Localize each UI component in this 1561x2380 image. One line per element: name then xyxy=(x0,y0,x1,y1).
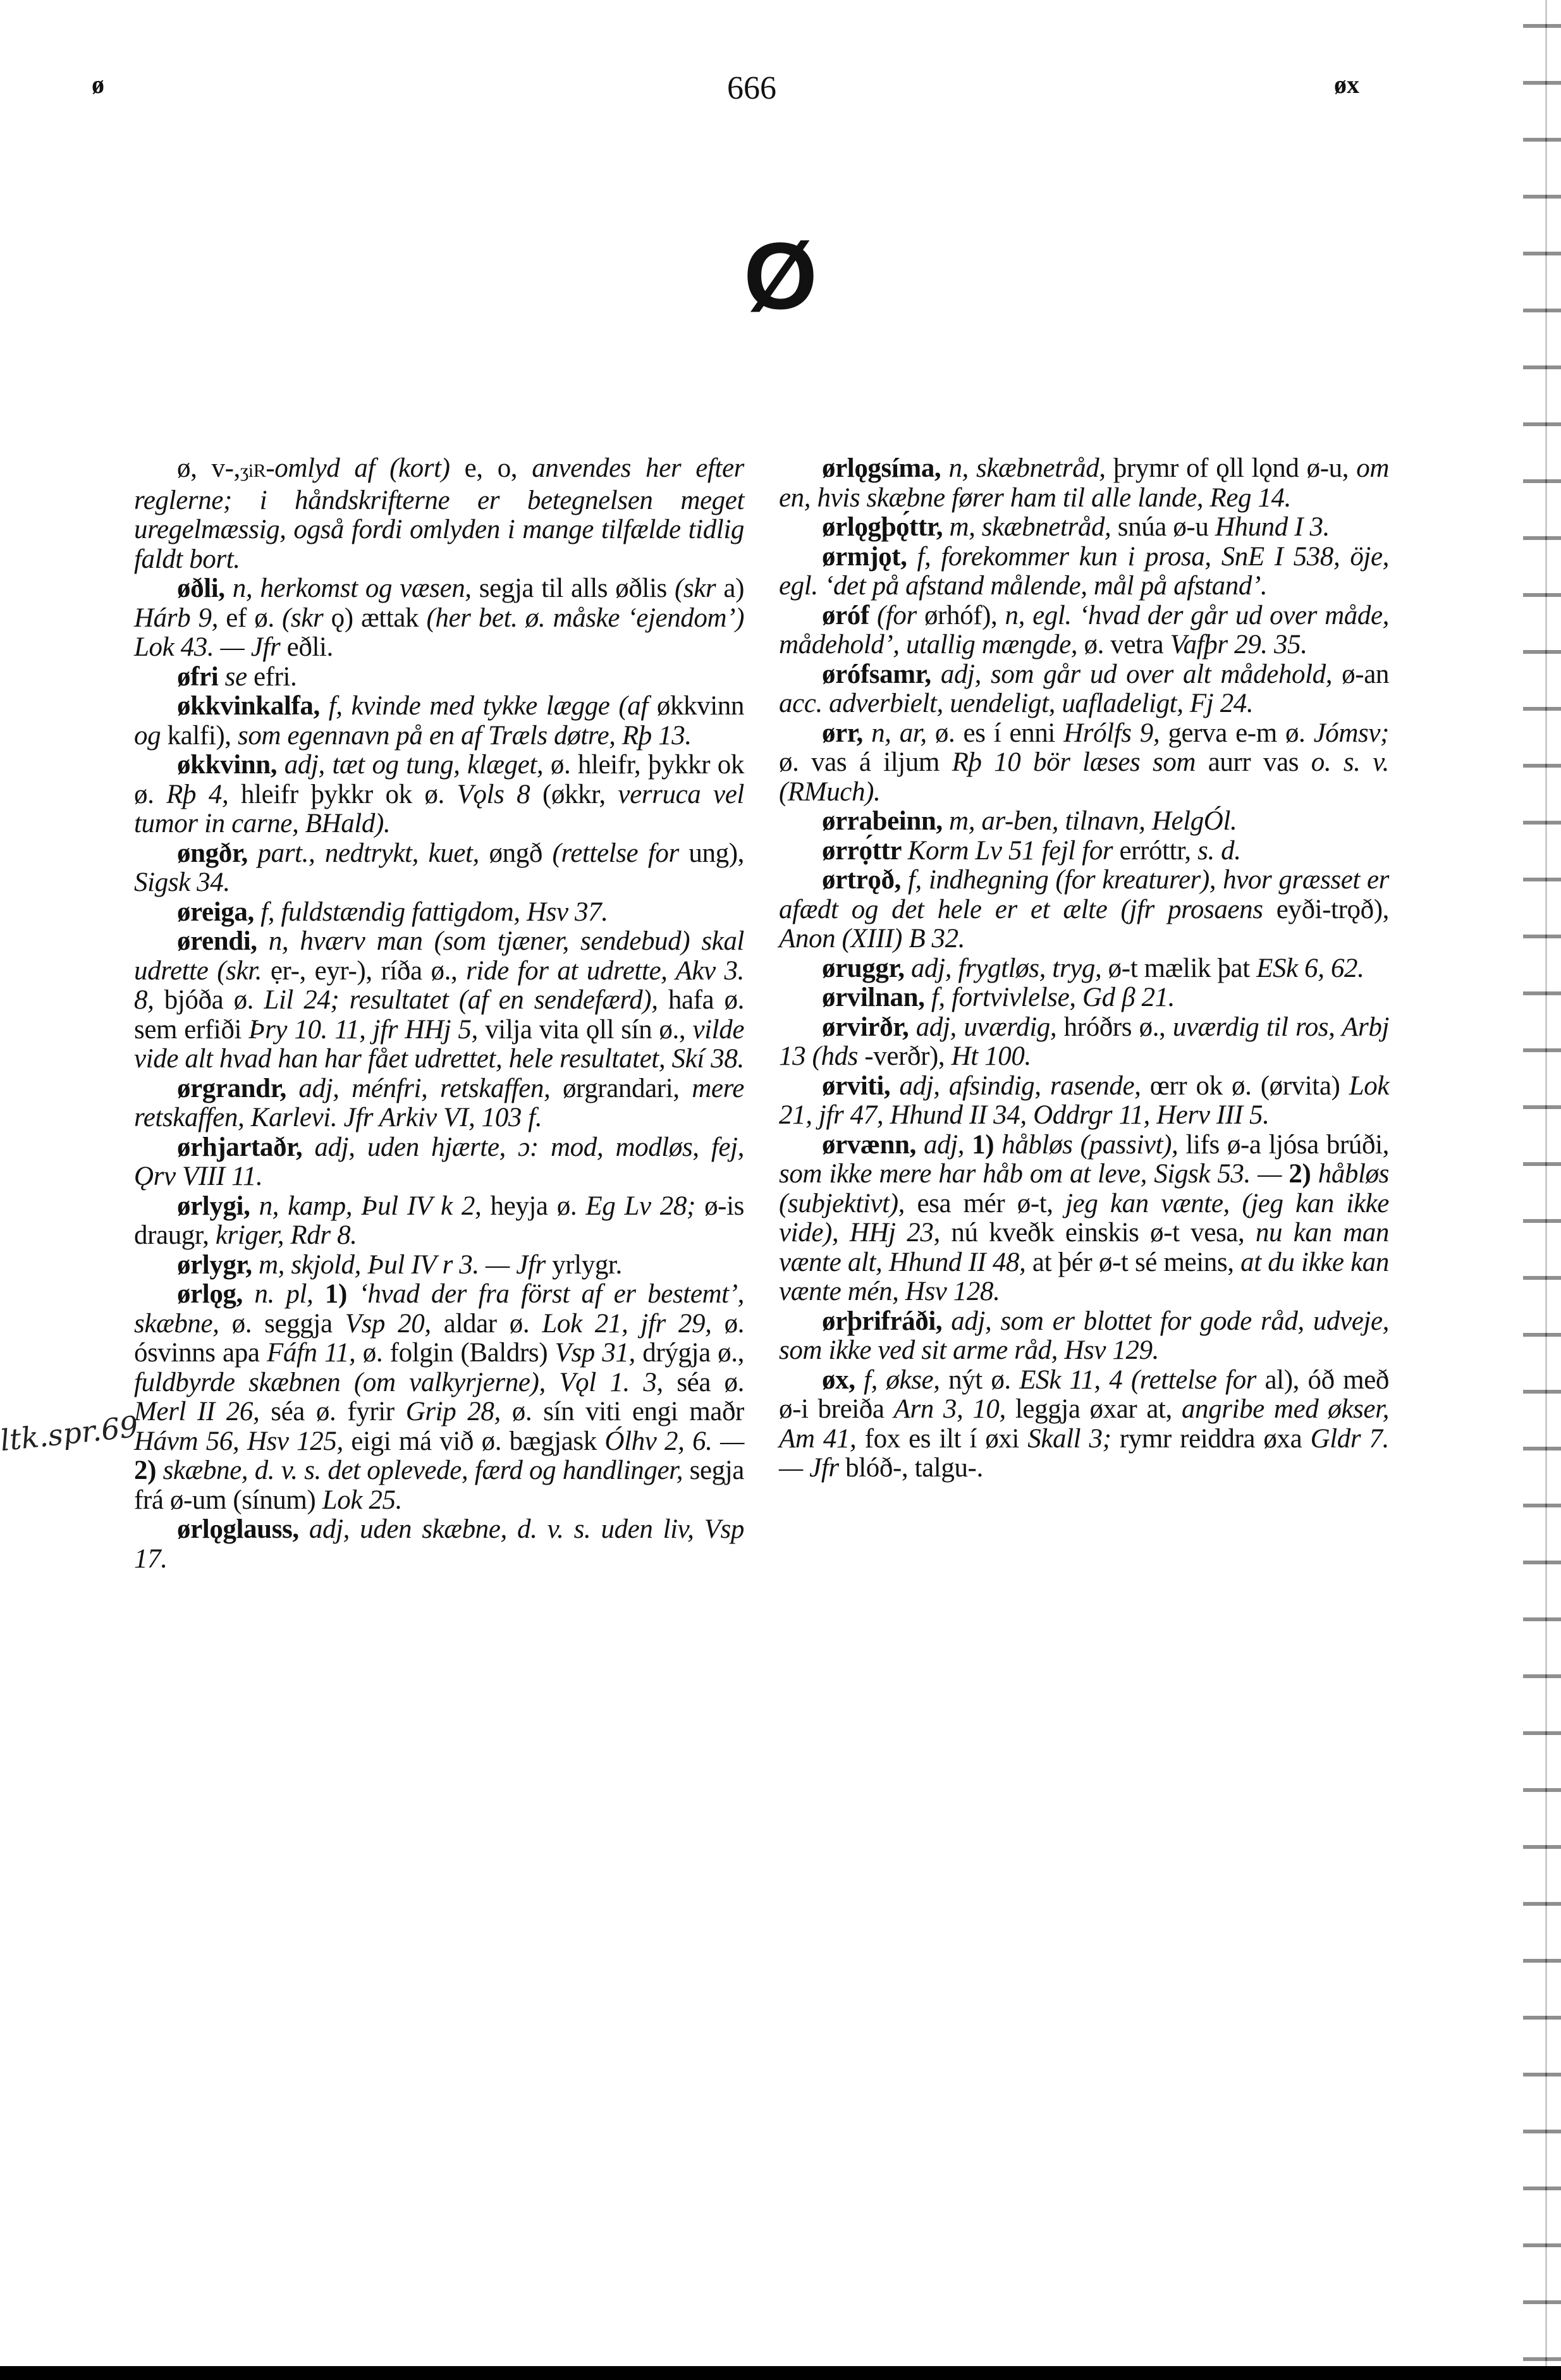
entry-text: f, kvinde med tykke lægge (af xyxy=(329,691,657,721)
entry-text: ef ø. xyxy=(226,603,282,633)
dictionary-entry: ørlǫgþǫ́ttr, m, skæbnetråd, snúa ø-u Hhu… xyxy=(779,513,1389,543)
entry-text: ø. vas á iljum xyxy=(779,747,952,777)
entry-text: eðli. xyxy=(287,632,333,662)
entry-headword: ørlygr, xyxy=(177,1250,259,1280)
entry-text: Lok 25. xyxy=(322,1485,402,1515)
entry-text: lifs ø-a ljósa brúði, xyxy=(1185,1130,1389,1160)
entry-text: e, o, xyxy=(465,453,532,483)
dictionary-entry: ørlǫglauss, adj, uden skæbne, d. v. s. u… xyxy=(134,1515,744,1574)
entry-text: Vsp 31, xyxy=(555,1338,643,1368)
entry-text: Hárb 9, xyxy=(134,603,226,633)
entry-text: heyja ø. xyxy=(490,1191,585,1221)
entry-text: adj, som går ud over alt mådehold, xyxy=(941,659,1342,689)
page-number: 666 xyxy=(727,70,776,107)
entry-text: 1) xyxy=(972,1130,1001,1160)
entry-text: 2) xyxy=(134,1456,163,1485)
dictionary-entry: ørtrǫð, f, indhegning (for kreaturer), h… xyxy=(779,866,1389,954)
entry-text: (for xyxy=(877,601,924,630)
entry-headword: ørmjǫt, xyxy=(822,542,917,572)
entry-headword: ørendi, xyxy=(177,926,269,956)
entry-text: Jómsv; xyxy=(1314,718,1389,748)
entry-text: Anon (XIII) B 32. xyxy=(779,924,965,954)
dictionary-entry: ørþrifráði, adj, som er blottet for gode… xyxy=(779,1307,1389,1366)
entry-text: ESk 11, 4 (rettelse for xyxy=(1019,1365,1264,1395)
entry-text: ø. folgin (Baldrs) xyxy=(363,1338,555,1368)
entry-text: ø-t mælik þat xyxy=(1108,954,1256,983)
entry-text: ESk 6, 62. xyxy=(1256,954,1364,983)
running-head: ø 666 øx xyxy=(0,70,1561,107)
entry-text: hróðrs ø., xyxy=(1064,1012,1173,1042)
right-column: ørlǫgsíma, n, skæbnetråd, þrymr of ǫll l… xyxy=(779,454,1389,1483)
entry-text: eigi má við ø. bægjask xyxy=(351,1426,604,1456)
entry-text: acc. adverbielt, uendeligt, uafladeligt,… xyxy=(779,689,1253,718)
entry-headword: øruggr, xyxy=(822,954,911,983)
binding-edge-shadow xyxy=(1523,0,1561,2380)
entry-text: n. pl, xyxy=(254,1279,325,1309)
entry-text: snúa ø-u xyxy=(1118,512,1215,542)
entry-text: aldar ø. xyxy=(444,1309,542,1339)
entry-text: adj, frygtløs, tryg, xyxy=(911,954,1108,983)
entry-text: økkvinn xyxy=(657,691,744,721)
entry-text: kriger, Rdr 8. xyxy=(216,1220,357,1250)
entry-text: som ikke mere har håb om at leve, Sigsk … xyxy=(779,1159,1289,1189)
entry-text: (skr xyxy=(282,603,331,633)
entry-text: ǫ) ættak xyxy=(331,603,427,633)
dictionary-entry: ørrọ́ttr Korm Lv 51 fejl for erróttr, s.… xyxy=(779,837,1389,866)
entry-headword: ørtrǫð, xyxy=(822,865,908,895)
entry-text: (rettelse for xyxy=(553,838,689,868)
dictionary-entry: ørmjǫt, f, forekommer kun i prosa, SnE I… xyxy=(779,543,1389,601)
entry-headword: ørrabeinn, xyxy=(822,806,949,836)
entry-text: ʒiR xyxy=(240,460,266,481)
dictionary-entry: ørlǫg, n. pl, 1) ‘hvad der fra först af … xyxy=(134,1280,744,1515)
entry-headword: ørófsamr, xyxy=(822,659,941,689)
entry-text: hleifr þykkr ok ø. xyxy=(241,780,457,809)
entry-text: -verðr), xyxy=(864,1041,951,1071)
entry-headword: ørviti, xyxy=(822,1071,900,1101)
entry-headword: ørlǫgsíma, xyxy=(822,453,948,483)
entry-text: segja til alls øðlis xyxy=(479,574,675,603)
entry-text: m, ar-ben, tilnavn, HelgÓl. xyxy=(949,806,1237,836)
entry-text: blóð-, talgu-. xyxy=(845,1453,983,1483)
entry-text: kalfi), xyxy=(168,721,238,751)
entry-text: ø. vetra xyxy=(1084,630,1170,659)
entry-text: øngð xyxy=(489,838,553,868)
entry-text: Ht 100. xyxy=(952,1041,1031,1071)
entry-text: rymr reiddra øxa xyxy=(1120,1424,1311,1454)
entry-text: f, fortvivlelse, Gd β 21. xyxy=(931,983,1175,1012)
dictionary-entry: ø, v-,ʒiR-omlyd af (kort) e, o, anvendes… xyxy=(134,454,744,574)
entry-text: skæbne, d. v. s. det oplevede, færd og h… xyxy=(163,1456,690,1485)
entry-text: Sigsk 34. xyxy=(134,868,230,897)
entry-headword: øngðr, xyxy=(177,838,258,868)
entry-headword: ørhjartaðr, xyxy=(177,1132,314,1162)
dictionary-entry: ørvirðr, adj, uværdig, hróðrs ø., uværdi… xyxy=(779,1013,1389,1072)
entry-text: adj, afsindig, rasende, xyxy=(900,1071,1150,1101)
entry-text: Ólhv 2, 6. — xyxy=(604,1426,744,1456)
entry-text: nýt ø. xyxy=(948,1365,1019,1395)
dictionary-entry: ørvænn, adj, 1) håbløs (passivt), lifs ø… xyxy=(779,1131,1389,1307)
entry-headword: øfri xyxy=(177,662,225,692)
entry-text: Korm Lv 51 fejl for xyxy=(908,836,1120,866)
entry-text: þrymr of ǫll lǫnd ø-u, xyxy=(1113,453,1356,483)
entry-text: part., nedtrykt, kuet, xyxy=(258,838,489,868)
entry-text: Lil 24; resultatet (af en sendefærd), xyxy=(264,985,668,1015)
entry-text: drýgja ø., xyxy=(642,1338,744,1368)
entry-headword: øreiga, xyxy=(177,897,260,927)
entry-text: ung), xyxy=(689,838,744,868)
entry-text: ø. seggja xyxy=(232,1309,345,1339)
entry-text: Vafþr 29. 35. xyxy=(1170,630,1307,659)
entry-text: Hrólfs 9, xyxy=(1063,718,1168,748)
dictionary-entry: ørlǫgsíma, n, skæbnetråd, þrymr of ǫll l… xyxy=(779,454,1389,513)
entry-text: ø-an xyxy=(1342,659,1389,689)
left-column: ø, v-,ʒiR-omlyd af (kort) e, o, anvendes… xyxy=(134,454,744,1574)
dictionary-entry: øróf (for ørhóf), n, egl. ‘hvad der går … xyxy=(779,601,1389,660)
dictionary-entry: ørviti, adj, afsindig, rasende, œrr ok ø… xyxy=(779,1072,1389,1131)
entry-text: s. d. xyxy=(1197,836,1240,866)
entry-text: ørgrandari, xyxy=(563,1074,692,1103)
entry-text: œrr ok ø. (ørvita) xyxy=(1150,1071,1349,1101)
entry-headword: ørlygi, xyxy=(177,1191,259,1221)
handwritten-margin-note: ltk.spr.69 xyxy=(0,1409,140,1458)
entry-text: adj, xyxy=(924,1130,972,1160)
dictionary-entry: ørlygr, m, skjold, Þul IV r 3. — Jfr yrl… xyxy=(134,1251,744,1280)
entry-headword: ørvirðr, xyxy=(822,1012,916,1042)
entry-text: og xyxy=(134,721,168,751)
entry-text: (skr xyxy=(675,574,723,603)
entry-text: bjóða ø. xyxy=(164,985,264,1015)
entry-headword: ørvilnan, xyxy=(822,983,931,1012)
dictionary-entry: ørhjartaðr, adj, uden hjærte, ɔ: mod, mo… xyxy=(134,1133,744,1192)
entry-headword: ørgrandr, xyxy=(177,1074,298,1103)
entry-text: Merl II 26, xyxy=(134,1397,271,1426)
entry-text: ørhóf), xyxy=(924,601,1005,630)
dictionary-entry: øreiga, f, fuldstændig fattigdom, Hsv 37… xyxy=(134,898,744,928)
entry-text: Lok 21, jfr 29, xyxy=(542,1309,724,1339)
entry-text: Arn 3, 10, xyxy=(894,1394,1015,1424)
entry-text: m, skjold, Þul IV r 3. — Jfr xyxy=(259,1250,552,1280)
entry-headword: øx, xyxy=(822,1365,864,1395)
entry-text: vilja vita ǫll sín ø., xyxy=(485,1015,692,1045)
entry-text: Eg Lv 28; xyxy=(585,1191,704,1221)
entry-headword: ørrọ́ttr xyxy=(822,836,908,866)
entry-text: ø. es í enni xyxy=(935,718,1063,748)
page-bottom-edge xyxy=(0,2366,1561,2380)
dictionary-entry: ørgrandr, adj, ménfri, retskaffen, ørgra… xyxy=(134,1074,744,1133)
dictionary-entry: økkvinkalfa, f, kvinde med tykke lægge (… xyxy=(134,692,744,751)
entry-text: fuldbyrde skæbnen (om valkyrjerne), Vǫl … xyxy=(134,1368,676,1397)
entry-text: Rþ 4, xyxy=(166,780,241,809)
entry-text: Vǫls 8 xyxy=(457,780,542,809)
entry-text: Hávm 56, Hsv 125, xyxy=(134,1426,351,1456)
dictionary-entry: ørr, n, ar, ø. es í enni Hrólfs 9, gerva… xyxy=(779,719,1389,807)
dictionary-entry: ørrabeinn, m, ar-ben, tilnavn, HelgÓl. xyxy=(779,807,1389,837)
entry-headword: øróf xyxy=(822,601,877,630)
running-head-left-guideword: ø xyxy=(92,70,104,99)
running-head-right-guideword: øx xyxy=(1334,70,1359,99)
entry-text: -omlyd af (kort) xyxy=(266,453,464,483)
entry-text: adj, uværdig, xyxy=(916,1012,1064,1042)
entry-text: erróttr, xyxy=(1120,836,1198,866)
entry-text: adj, tæt og tung, klæget, xyxy=(285,750,551,780)
dictionary-entry: ørendi, n, hværv man (som tjæner, sendeb… xyxy=(134,927,744,1074)
entry-text: ø, v-, xyxy=(177,453,240,483)
entry-text: séa ø. fyrir xyxy=(271,1397,405,1426)
entry-text: a) xyxy=(723,574,744,603)
dictionary-entry: øx, f, økse, nýt ø. ESk 11, 4 (rettelse … xyxy=(779,1366,1389,1483)
entry-text: Þry 10. 11, jfr HHj 5, xyxy=(248,1015,485,1045)
entry-headword: ørlǫg, xyxy=(177,1279,254,1309)
entry-text: Skall 3; xyxy=(1027,1424,1120,1454)
entry-text: adj, ménfri, retskaffen, xyxy=(298,1074,563,1103)
entry-text: n, herkomst og væsen, xyxy=(233,574,479,603)
entry-text: se xyxy=(225,662,254,692)
entry-text: nú kveðk einskis ø-t vesa, xyxy=(951,1218,1256,1248)
dictionary-entry: øðli, n, herkomst og væsen, segja til al… xyxy=(134,574,744,663)
entry-text: n, ar, xyxy=(871,718,935,748)
entry-text: yrlygr. xyxy=(552,1250,622,1280)
entry-text: håbløs (passivt), xyxy=(1001,1130,1185,1160)
entry-text: aurr vas xyxy=(1208,747,1311,777)
entry-text: (økkr, xyxy=(542,780,618,809)
dictionary-entry: ørófsamr, adj, som går ud over alt mådeh… xyxy=(779,660,1389,719)
dictionary-entry: økkvinn, adj, tæt og tung, klæget, ø. hl… xyxy=(134,751,744,839)
entry-text: leggja øxar at, xyxy=(1015,1394,1182,1424)
entry-text: n, kamp, Þul IV k 2, xyxy=(259,1191,491,1221)
entry-text: Grip 28, xyxy=(406,1397,512,1426)
entry-text: ø. sín viti engi maðr xyxy=(512,1397,744,1426)
entry-text: esa mér ø-t, xyxy=(917,1189,1065,1218)
entry-text: Hhund I 3. xyxy=(1215,512,1330,542)
entry-headword: økkvinn, xyxy=(177,750,285,780)
entry-text: Vsp 20, xyxy=(345,1309,444,1339)
entry-text: Fáfn 11, xyxy=(267,1338,363,1368)
dictionary-entry: ørlygi, n, kamp, Þul IV k 2, heyja ø. Eg… xyxy=(134,1192,744,1251)
entry-text: gerva e-m ø. xyxy=(1168,718,1313,748)
entry-headword: øðli, xyxy=(177,574,233,603)
entry-text: at þér ø-t sé meins, xyxy=(1032,1248,1240,1277)
entry-text: ẹr-, eyr-), ríða ø., xyxy=(271,956,466,986)
entry-text: fox es ilt í øxi xyxy=(865,1424,1028,1454)
section-letter-heading: Ø xyxy=(0,221,1561,331)
entry-headword: ørlǫglauss, xyxy=(177,1514,309,1544)
entry-text: f, økse, xyxy=(864,1365,948,1395)
entry-text: som egennavn på en af Træls døtre, Rþ 13… xyxy=(238,721,692,751)
entry-text: efri. xyxy=(254,662,297,692)
dictionary-entry: ørvilnan, f, fortvivlelse, Gd β 21. xyxy=(779,983,1389,1013)
entry-text: 2) xyxy=(1289,1159,1318,1189)
entry-text: n, skæbnetråd, xyxy=(948,453,1113,483)
entry-headword: ørr, xyxy=(822,718,871,748)
entry-text: f, fuldstændig fattigdom, Hsv 37. xyxy=(260,897,608,927)
entry-headword: økkvinkalfa, xyxy=(177,691,329,721)
entry-text: séa ø. xyxy=(676,1368,744,1397)
dictionary-entry: øfri se efri. xyxy=(134,663,744,692)
entry-headword: ørvænn, xyxy=(822,1130,924,1160)
entry-headword: ørlǫgþǫ́ttr, xyxy=(822,512,949,542)
dictionary-entry: øngðr, part., nedtrykt, kuet, øngð (rett… xyxy=(134,839,744,898)
entry-text: m, skæbnetråd, xyxy=(949,512,1117,542)
dictionary-entry: øruggr, adj, frygtløs, tryg, ø-t mælik þ… xyxy=(779,954,1389,984)
entry-text: 1) xyxy=(325,1279,359,1309)
entry-headword: ørþrifráði, xyxy=(822,1306,951,1336)
entry-text: Rþ 10 bör læses som xyxy=(952,747,1208,777)
entry-text: eyði-trǫð), xyxy=(1276,895,1389,924)
